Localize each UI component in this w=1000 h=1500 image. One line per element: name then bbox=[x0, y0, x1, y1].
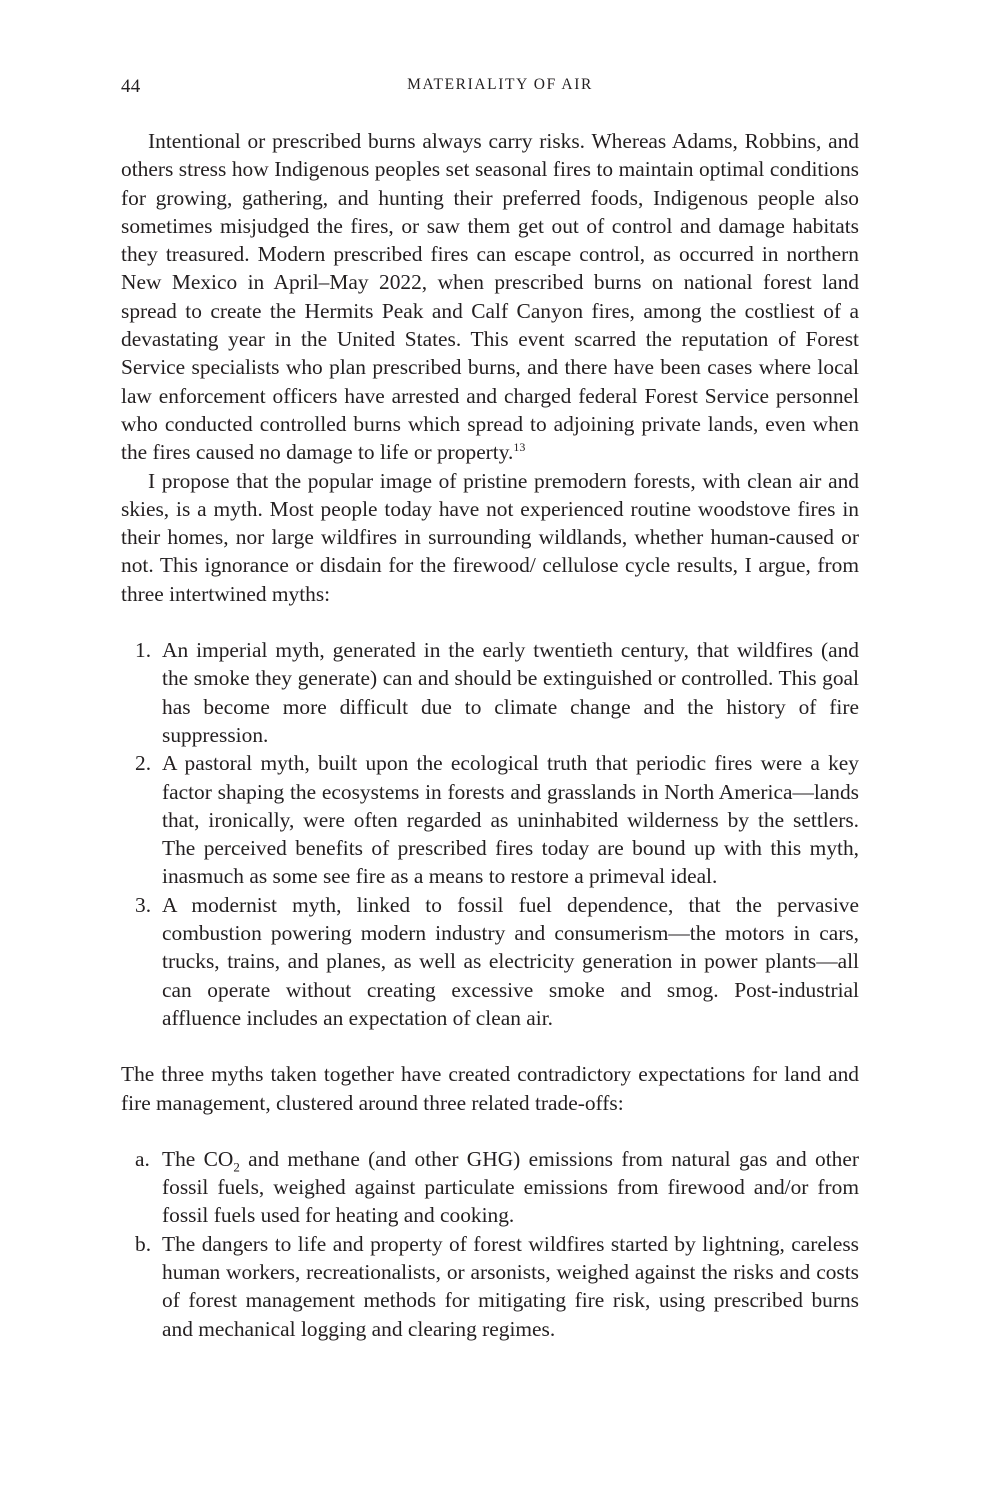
book-page: 44 Materiality of Air Intentional or pre… bbox=[0, 0, 1000, 1500]
list-marker: 2. bbox=[135, 749, 151, 777]
paragraph-prescribed-burns: Intentional or prescribed burns always c… bbox=[121, 127, 859, 467]
list-item: 1.An imperial myth, generated in the ear… bbox=[121, 636, 859, 749]
myths-list: 1.An imperial myth, generated in the ear… bbox=[121, 636, 859, 1032]
footnote-reference[interactable]: 13 bbox=[513, 440, 525, 454]
body-text: Intentional or prescribed burns always c… bbox=[121, 127, 859, 1343]
list-marker: 3. bbox=[135, 891, 151, 919]
list-item: a.The CO2 and methane (and other GHG) em… bbox=[121, 1145, 859, 1230]
spacer bbox=[121, 608, 859, 636]
paragraph-tradeoffs-intro: The three myths taken together have crea… bbox=[121, 1060, 859, 1117]
tradeoffs-list: a.The CO2 and methane (and other GHG) em… bbox=[121, 1145, 859, 1343]
list-item: b.The dangers to life and property of fo… bbox=[121, 1230, 859, 1343]
list-marker: a. bbox=[135, 1145, 150, 1173]
list-item: 2.A pastoral myth, built upon the ecolog… bbox=[121, 749, 859, 890]
spacer bbox=[121, 1117, 859, 1145]
running-head: Materiality of Air bbox=[0, 76, 1000, 94]
list-marker: b. bbox=[135, 1230, 151, 1258]
paragraph-myth-proposal: I propose that the popular image of pris… bbox=[121, 467, 859, 608]
list-marker: 1. bbox=[135, 636, 151, 664]
list-item: 3.A modernist myth, linked to fossil fue… bbox=[121, 891, 859, 1032]
spacer bbox=[121, 1032, 859, 1060]
